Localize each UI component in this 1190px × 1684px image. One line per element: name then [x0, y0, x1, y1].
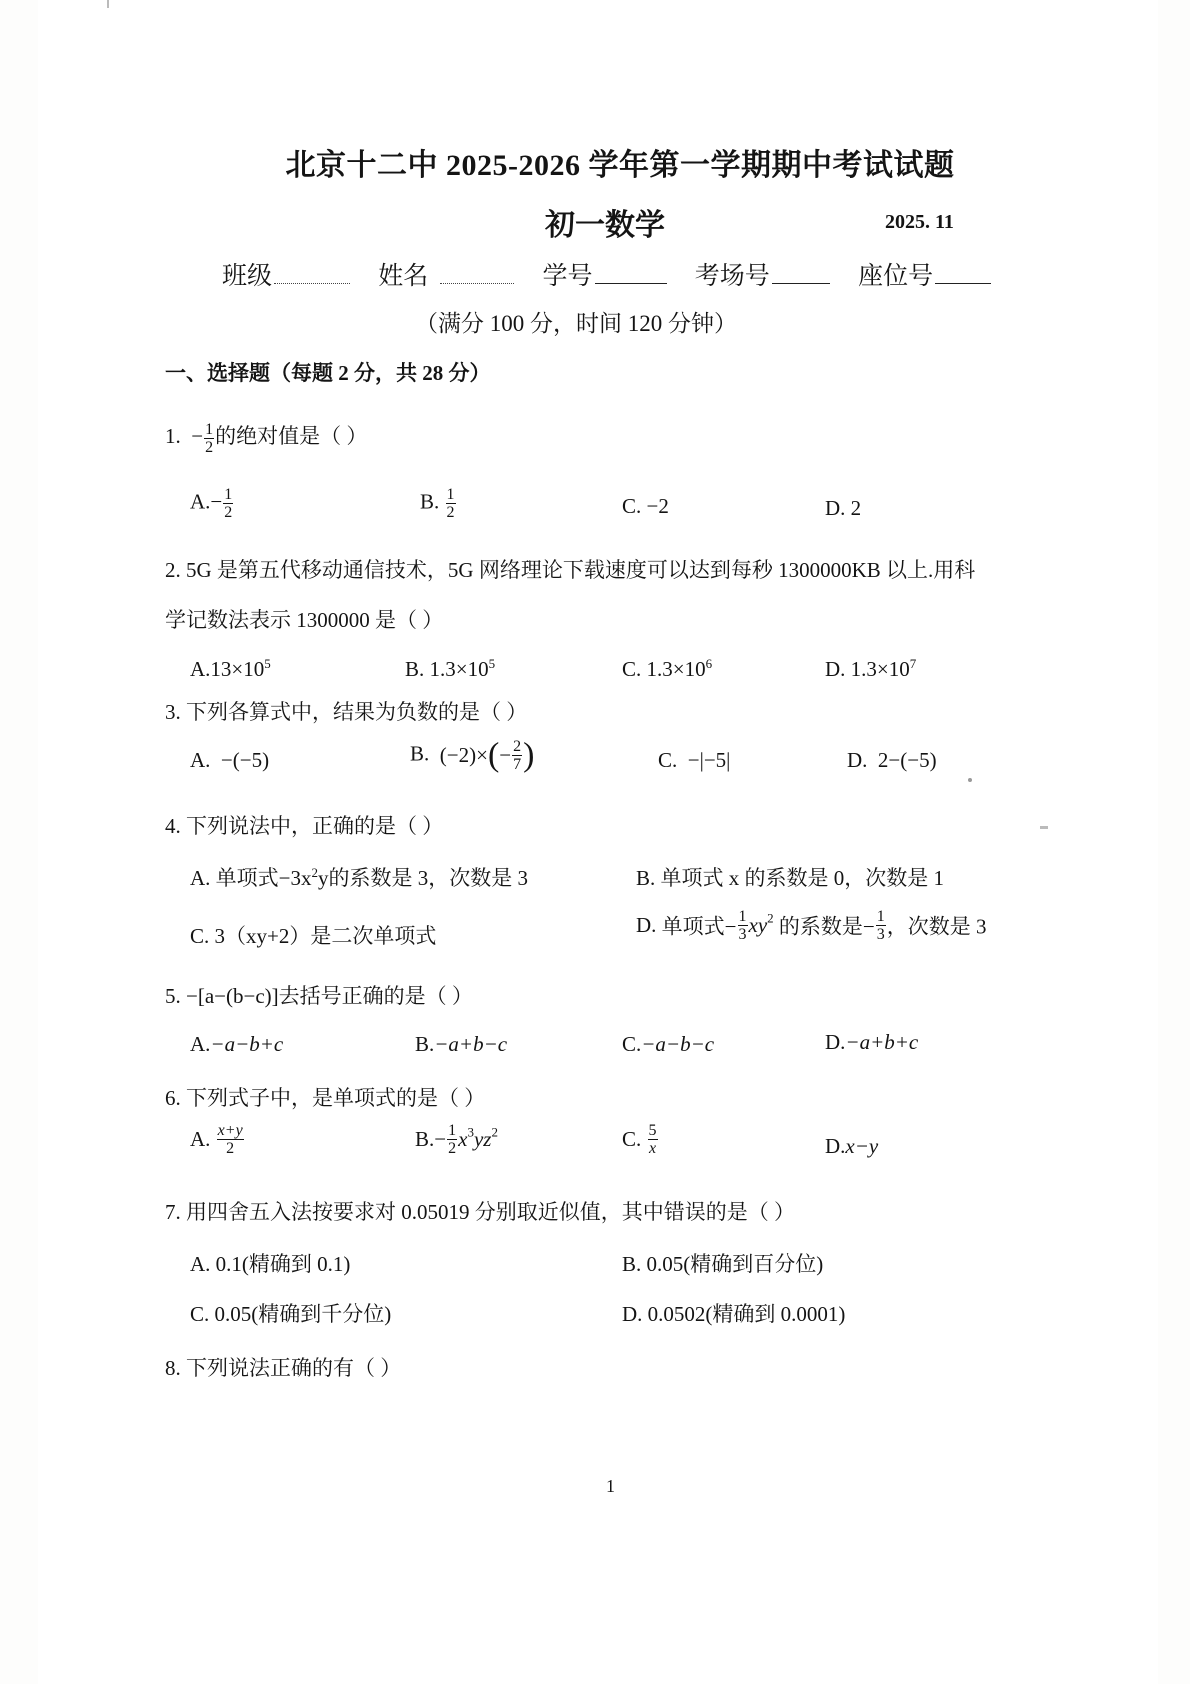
q2-option-b[interactable]: B. 1.3×105 — [405, 656, 495, 682]
paper-sheet — [38, 0, 1158, 1684]
q4-option-c[interactable]: C. 3（xy+2）是二次单项式 — [190, 920, 436, 950]
exam-subject: 初一数学 — [545, 200, 665, 244]
scan-artifact — [1040, 826, 1048, 829]
q3-option-d[interactable]: D. 2−(−5) — [847, 748, 937, 773]
q1-option-a[interactable]: A.−12 — [190, 486, 234, 521]
question-6: 6. 下列式子中，是单项式的是（ ） — [165, 1082, 485, 1112]
q2-option-d[interactable]: D. 1.3×107 — [825, 656, 916, 682]
fraction: 12 — [204, 421, 214, 456]
scan-artifact — [968, 778, 972, 782]
field-name: 姓名 — [378, 256, 514, 292]
q4-option-d[interactable]: D. 单项式−13xy2 的系数是−13，次数是 3 — [636, 908, 987, 943]
question-4: 4. 下列说法中，正确的是（ ） — [165, 810, 443, 840]
q3-option-c[interactable]: C. −|−5| — [658, 748, 730, 773]
question-3: 3. 下列各算式中，结果为负数的是（ ） — [165, 696, 527, 726]
q6-option-d[interactable]: D.x−y — [825, 1134, 878, 1159]
field-student-id: 学号 — [543, 256, 667, 292]
q7-option-c[interactable]: C. 0.05(精确到千分位) — [190, 1298, 391, 1328]
q1-option-b[interactable]: B. 12 — [420, 486, 457, 521]
exam-meta: （满分 100 分，时间 120 分钟） — [415, 305, 737, 338]
scan-artifact — [107, 0, 109, 8]
q1-option-c[interactable]: C. −2 — [622, 494, 669, 519]
q6-option-a[interactable]: A. x+y2 — [190, 1122, 245, 1157]
field-exam-room: 考场号 — [695, 256, 830, 292]
field-class: 班级 — [222, 256, 350, 292]
name-blank[interactable] — [440, 263, 514, 284]
seat-blank[interactable] — [935, 263, 991, 284]
q5-option-b[interactable]: B.−a+b−c — [415, 1032, 507, 1057]
q4-option-b[interactable]: B. 单项式 x 的系数是 0，次数是 1 — [636, 862, 944, 892]
field-seat: 座位号 — [858, 256, 991, 292]
exam-room-blank[interactable] — [772, 263, 830, 284]
section-title: 一、选择题（每题 2 分，共 28 分） — [165, 357, 491, 387]
q6-option-b[interactable]: B.−12x3yz2 — [415, 1122, 498, 1157]
page-number: 1 — [606, 1476, 615, 1497]
exam-title: 北京十二中 2025-2026 学年第一学期期中考试试题 — [0, 140, 1190, 184]
exam-date: 2025. 11 — [885, 211, 954, 234]
student-info-row: 班级 姓名 学号 考场号 座位号 — [222, 256, 1013, 292]
question-2-line-2: 学记数法表示 1300000 是（ ） — [165, 604, 443, 634]
q6-option-c[interactable]: C. 5x — [622, 1122, 659, 1157]
student-id-blank[interactable] — [595, 263, 667, 284]
q3-option-b[interactable]: B. (−2)×(−27) — [410, 738, 534, 773]
q7-option-d[interactable]: D. 0.0502(精确到 0.0001) — [622, 1298, 845, 1328]
q2-option-c[interactable]: C. 1.3×106 — [622, 656, 712, 682]
question-2-line-1: 2. 5G 是第五代移动通信技术，5G 网络理论下载速度可以达到每秒 13000… — [165, 554, 975, 584]
q7-option-a[interactable]: A. 0.1(精确到 0.1) — [190, 1248, 350, 1278]
question-7: 7. 用四舍五入法按要求对 0.05019 分别取近似值，其中错误的是（ ） — [165, 1196, 795, 1226]
q7-option-b[interactable]: B. 0.05(精确到百分位) — [622, 1248, 823, 1278]
q5-option-c[interactable]: C.−a−b−c — [622, 1032, 714, 1057]
q1-option-d[interactable]: D. 2 — [825, 496, 861, 521]
question-5: 5. −[a−(b−c)]去括号正确的是（ ） — [165, 980, 473, 1010]
q3-option-a[interactable]: A. −(−5) — [190, 748, 269, 773]
q2-option-a[interactable]: A.13×105 — [190, 656, 271, 682]
question-8: 8. 下列说法正确的有（ ） — [165, 1352, 401, 1382]
class-blank[interactable] — [274, 263, 350, 284]
q5-option-a[interactable]: A.−a−b+c — [190, 1032, 283, 1057]
q5-option-d[interactable]: D.−a+b+c — [825, 1030, 918, 1055]
q4-option-a[interactable]: A. 单项式−3x2y的系数是 3，次数是 3 — [190, 862, 528, 892]
question-1: 1. −12的绝对值是（ ） — [165, 420, 367, 456]
